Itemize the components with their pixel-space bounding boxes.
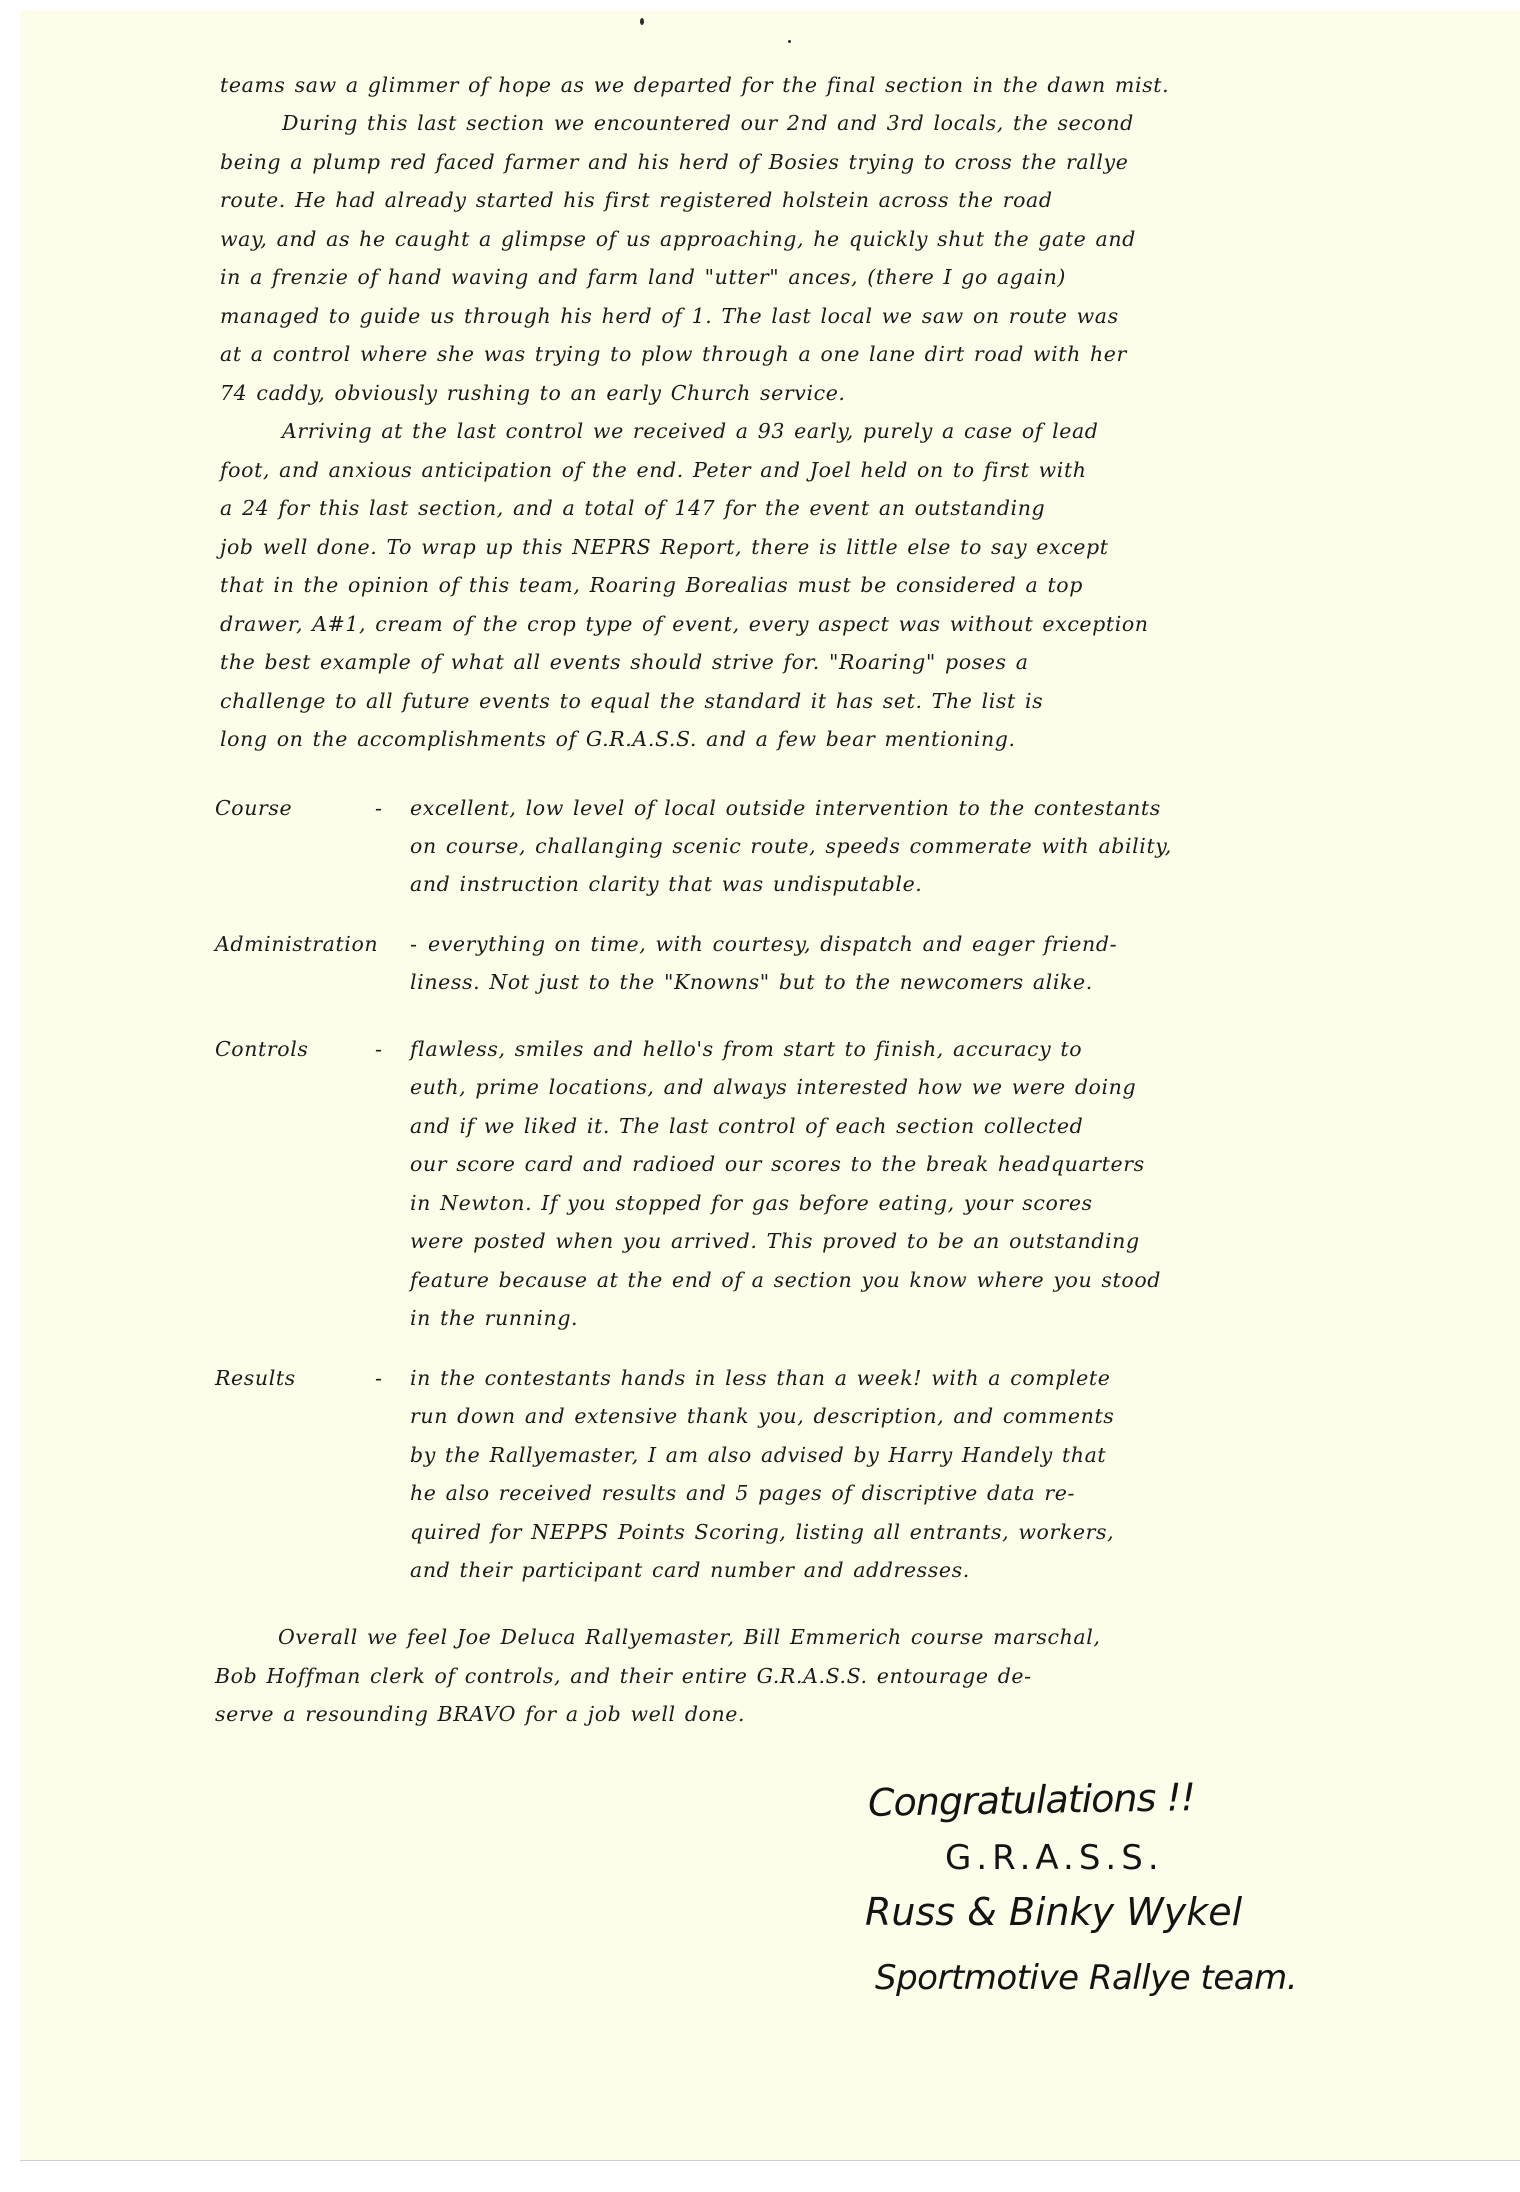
paragraph-line: way, and as he caught a glimpse of us ap… — [220, 227, 1136, 251]
list-separator: - — [375, 1366, 383, 1390]
closing-line: serve a resounding BRAVO for a job well … — [215, 1702, 745, 1726]
list-item-line: run down and extensive thank you, descri… — [410, 1404, 1114, 1428]
paragraph-line: route. He had already started his first … — [220, 188, 1053, 212]
list-item-line: in the contestants hands in less than a … — [410, 1366, 1110, 1390]
list-item-line: feature because at the end of a section … — [410, 1268, 1161, 1292]
closing-line: Bob Hoffman clerk of controls, and their… — [215, 1664, 1032, 1688]
list-item-line: excellent, low level of local outside in… — [410, 796, 1161, 820]
list-item-line: flawless, smiles and hello's from start … — [410, 1037, 1082, 1061]
list-item-line: in Newton. If you stopped for gas before… — [410, 1191, 1093, 1215]
list-item-line: in the running. — [410, 1306, 578, 1330]
list-label-results: Results — [215, 1366, 296, 1390]
paragraph-line: job well done. To wrap up this NEPRS Rep… — [220, 535, 1109, 559]
handwritten-congratulations: Congratulations !! — [868, 1775, 1196, 1825]
paragraph-line: that in the opinion of this team, Roarin… — [220, 573, 1083, 597]
paragraph-line: drawer, A#1, cream of the crop type of e… — [220, 612, 1149, 636]
paragraph-line: challenge to all future events to equal … — [220, 689, 1043, 713]
list-item-line: and if we liked it. The last control of … — [410, 1114, 1083, 1138]
list-separator: - — [375, 796, 383, 820]
list-item-line: were posted when you arrived. This prove… — [410, 1229, 1140, 1253]
paragraph-line: a 24 for this last section, and a total … — [220, 496, 1045, 520]
paragraph-line: teams saw a glimmer of hope as we depart… — [220, 73, 1169, 97]
paragraph-line: at a control where she was trying to plo… — [220, 342, 1127, 366]
paragraph-line: in a frenzie of hand waving and farm lan… — [220, 265, 1066, 289]
handwritten-team-name: Sportmotive Rallye team. — [875, 1958, 1297, 1998]
closing-line: Overall we feel Joe Deluca Rallyemaster,… — [278, 1625, 1100, 1649]
list-item-line: he also received results and 5 pages of … — [410, 1481, 1075, 1505]
paragraph-line: being a plump red faced farmer and his h… — [220, 150, 1128, 174]
paragraph-line: Arriving at the last control we received… — [282, 419, 1099, 443]
list-item-line: and instruction clarity that was undispu… — [410, 872, 922, 896]
list-item-line: quired for NEPPS Points Scoring, listing… — [410, 1520, 1114, 1544]
ink-speck — [788, 40, 791, 43]
handwritten-grass: G.R.A.S.S. — [945, 1838, 1164, 1878]
list-item-line: and their participant card number and ad… — [410, 1558, 970, 1582]
list-separator: - — [410, 932, 418, 956]
list-item-line: euth, prime locations, and always intere… — [410, 1075, 1136, 1099]
list-item-line: liness. Not just to the "Knowns" but to … — [410, 970, 1093, 994]
paragraph-line: During this last section we encountered … — [282, 111, 1134, 135]
list-label-course: Course — [215, 796, 292, 820]
ink-speck — [640, 18, 644, 25]
list-item-line: on course, challanging scenic route, spe… — [410, 834, 1172, 858]
list-label-controls: Controls — [215, 1037, 309, 1061]
list-separator: - — [375, 1037, 383, 1061]
paragraph-line: long on the accomplishments of G.R.A.S.S… — [220, 727, 1016, 751]
document-page: teams saw a glimmer of hope as we depart… — [20, 10, 1520, 2161]
paragraph-line: 74 caddy, obviously rushing to an early … — [220, 381, 846, 405]
list-item-line: our score card and radioed our scores to… — [410, 1152, 1145, 1176]
handwritten-signature-names: Russ & Binky Wykel — [865, 1890, 1242, 1934]
list-item-line: by the Rallyemaster, I am also advised b… — [410, 1443, 1106, 1467]
paragraph-line: the best example of what all events shou… — [220, 650, 1029, 674]
paragraph-line: foot, and anxious anticipation of the en… — [220, 458, 1087, 482]
paragraph-line: managed to guide us through his herd of … — [220, 304, 1119, 328]
list-label-administration: Administration — [215, 932, 378, 956]
list-item-line: everything on time, with courtesy, dispa… — [428, 932, 1117, 956]
